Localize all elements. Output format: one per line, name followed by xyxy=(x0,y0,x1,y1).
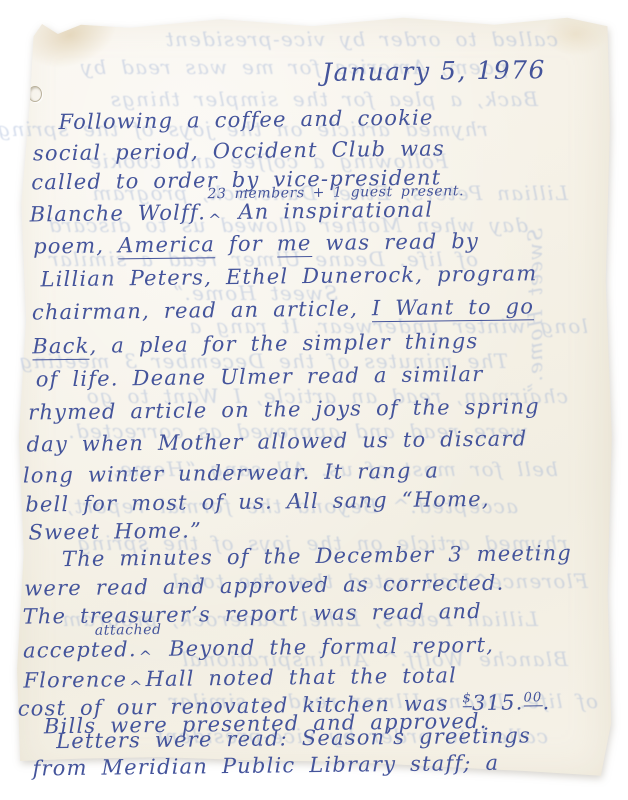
corner-stain xyxy=(15,0,125,79)
paper-shadow-wrap xyxy=(0,0,628,800)
staple-hole-mark xyxy=(28,86,42,102)
paper-sheet xyxy=(8,10,616,785)
edge-stain xyxy=(543,12,609,56)
scanned-document: called to order by vice-presidentpoem, A… xyxy=(0,0,628,800)
